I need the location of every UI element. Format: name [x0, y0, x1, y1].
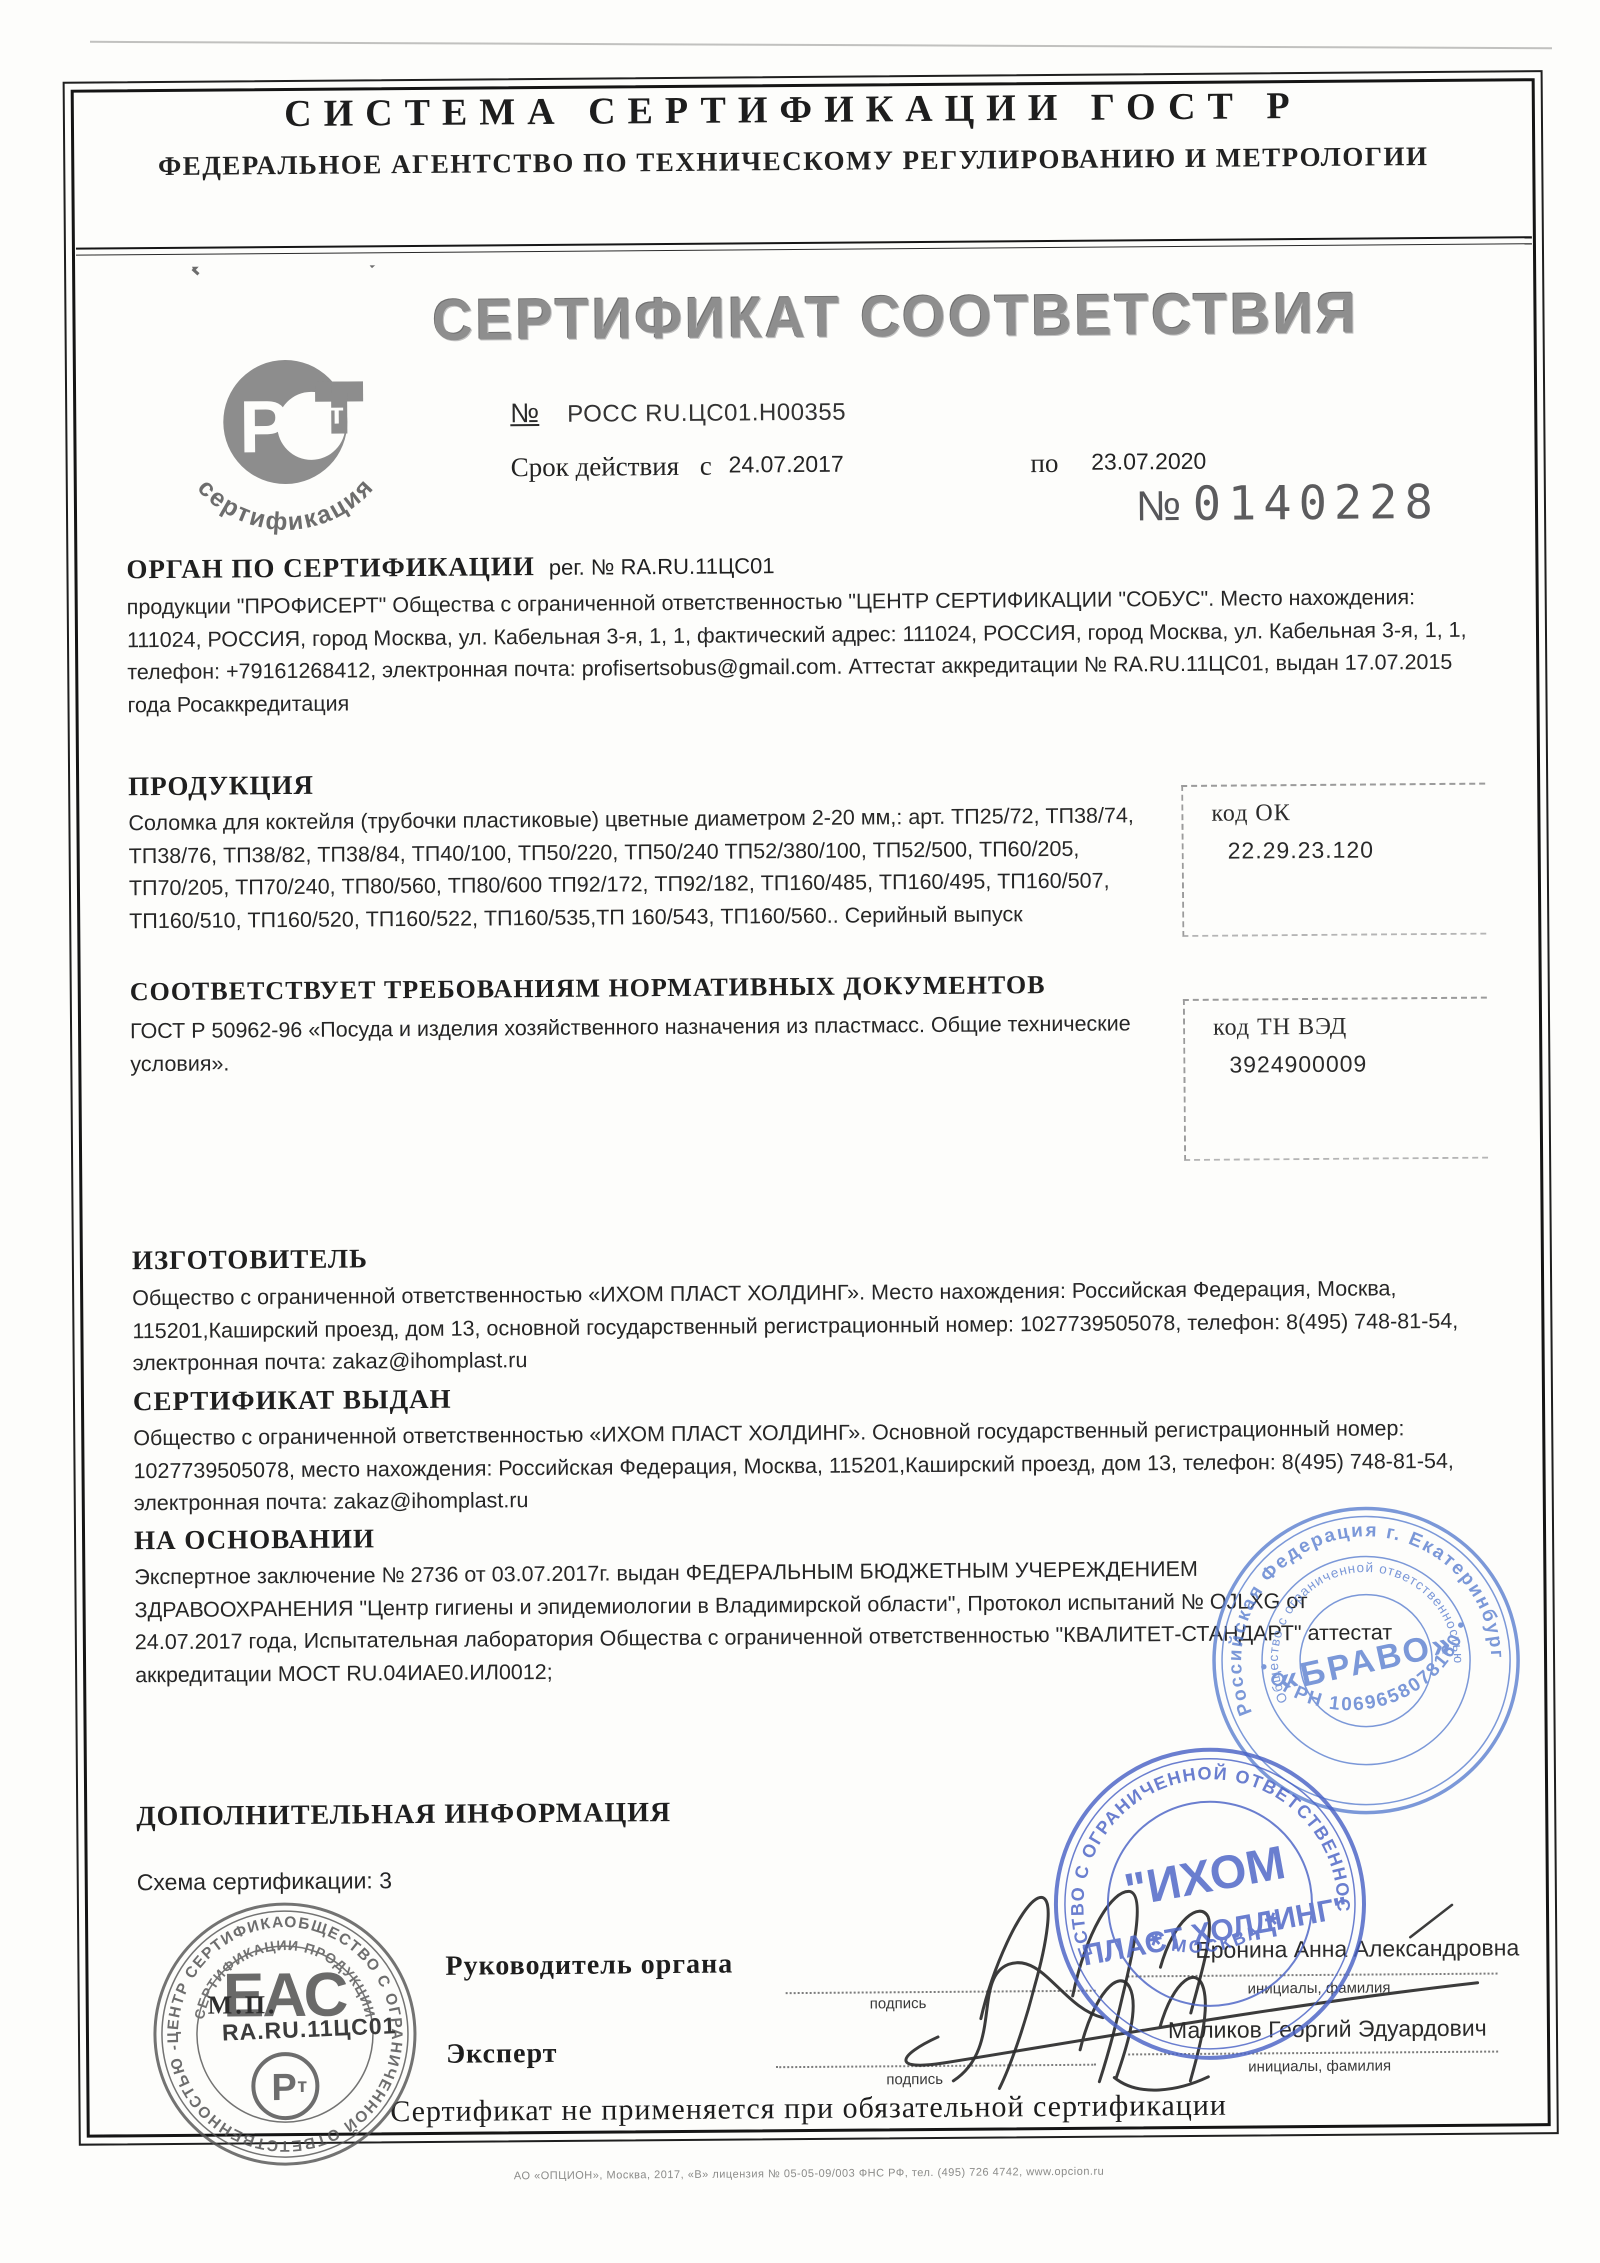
blank-number: 0140228	[1192, 475, 1440, 532]
rst-logo-letter-t: т	[329, 398, 344, 431]
certificate-title: СЕРТИФИКАТ СООТВЕТСТВИЯ	[432, 280, 1359, 354]
tnved-code-value: 3924900009	[1185, 1040, 1487, 1079]
number-sign: №	[510, 398, 539, 428]
section-issued-heading: СЕРТИФИКАТ ВЫДАН	[133, 1384, 452, 1418]
section-product-heading: ПРОДУКЦИЯ	[128, 770, 314, 802]
ihom-stamp-center-line2: ПЛАСТ ХОЛДИНГ"	[1079, 1891, 1350, 1972]
rst-logo-top-arc-text: Добровольная	[177, 265, 391, 277]
svg-text:Российская Федерация г. Екатер: Российская Федерация г. Екатеринбург	[1202, 1496, 1510, 1719]
bravo-stamp-top-ring-text: Российская Федерация г. Екатеринбург	[1202, 1496, 1510, 1719]
certificate-sheet: СИСТЕМА СЕРТИФИКАЦИИ ГОСТ Р ФЕДЕРАЛЬНОЕ …	[0, 0, 1600, 2263]
tnved-code-box: код ТН ВЭД 3924900009	[1183, 997, 1488, 1161]
section-compliance-body: ГОСТ Р 50962-96 «Посуда и изделия хозяйс…	[130, 1007, 1165, 1080]
rst-logo-letter-p: Р	[239, 385, 289, 468]
section-additional-heading: ДОПОЛНИТЕЛЬНАЯ ИНФОРМАЦИЯ	[136, 1797, 671, 1833]
section-manufacturer-body: Общество с ограниченной ответственностью…	[132, 1272, 1478, 1381]
blank-number-sign: №	[1136, 482, 1181, 529]
expert-role: Эксперт	[446, 2038, 558, 2071]
bravo-stamp-center-text: «БРАВО»	[1275, 1624, 1457, 1699]
certificate-number-line: №РОСС RU.ЦС01.Н00355	[510, 396, 846, 430]
section-manufacturer-heading: ИЗГОТОВИТЕЛЬ	[132, 1243, 368, 1276]
rst-logo: Р т Добровольная сертификация	[134, 265, 436, 567]
valid-to-date: 23.07.2020	[1091, 448, 1206, 475]
validity-to-label: по	[1030, 448, 1058, 478]
svg-text:Р: Р	[271, 2067, 297, 2109]
svg-text:т: т	[297, 2075, 307, 2097]
validity-label: Срок действия	[511, 451, 680, 482]
validity-from-label: с	[700, 451, 712, 481]
certificate-number: РОСС RU.ЦС01.Н00355	[567, 399, 846, 428]
certification-stamp-rst-icon: Р т	[253, 2054, 318, 2119]
section-product-body: Соломка для коктейля (трубочки пластиков…	[128, 799, 1164, 938]
ok-code-value: 22.29.23.120	[1184, 826, 1486, 865]
head-of-body-role: Руководитель органа	[445, 1949, 733, 1983]
authority-heading-text: ОРГАН ПО СЕРТИФИКАЦИИ	[126, 551, 535, 584]
ok-code-box: код ОК 22.29.23.120	[1181, 783, 1486, 937]
svg-text:Добровольная: Добровольная	[177, 265, 391, 277]
blank-number-line: № 0140228	[1136, 475, 1440, 532]
certificate-page: СИСТЕМА СЕРТИФИКАЦИИ ГОСТ Р ФЕДЕРАЛЬНОЕ …	[0, 0, 1600, 2263]
validity-line: Срок действия с 24.07.2017 по 23.07.2020	[511, 447, 1207, 483]
section-authority-body: продукции "ПРОФИСЕРТ" Общества с огранич…	[127, 581, 1473, 722]
section-authority-heading: ОРГАН ПО СЕРТИФИКАЦИИрег. № RA.RU.11ЦС01	[126, 549, 774, 585]
ihom-stamp-center-line1: "ИХОМ	[1120, 1835, 1289, 1916]
section-basis-heading: НА ОСНОВАНИИ	[134, 1523, 375, 1556]
tnved-code-label: код ТН ВЭД	[1185, 999, 1487, 1042]
valid-from-date: 24.07.2017	[728, 451, 843, 478]
authority-reg-number: рег. № RA.RU.11ЦС01	[549, 553, 775, 580]
ok-code-label: код ОК	[1183, 785, 1485, 828]
seal-place-label: М.П.	[208, 1990, 278, 2021]
ihom-stamp: ОБЩЕСТВО С ОГРАНИЧЕННОЙ ОТВЕТСТВЕННОСТЬЮ…	[1044, 1738, 1377, 2071]
